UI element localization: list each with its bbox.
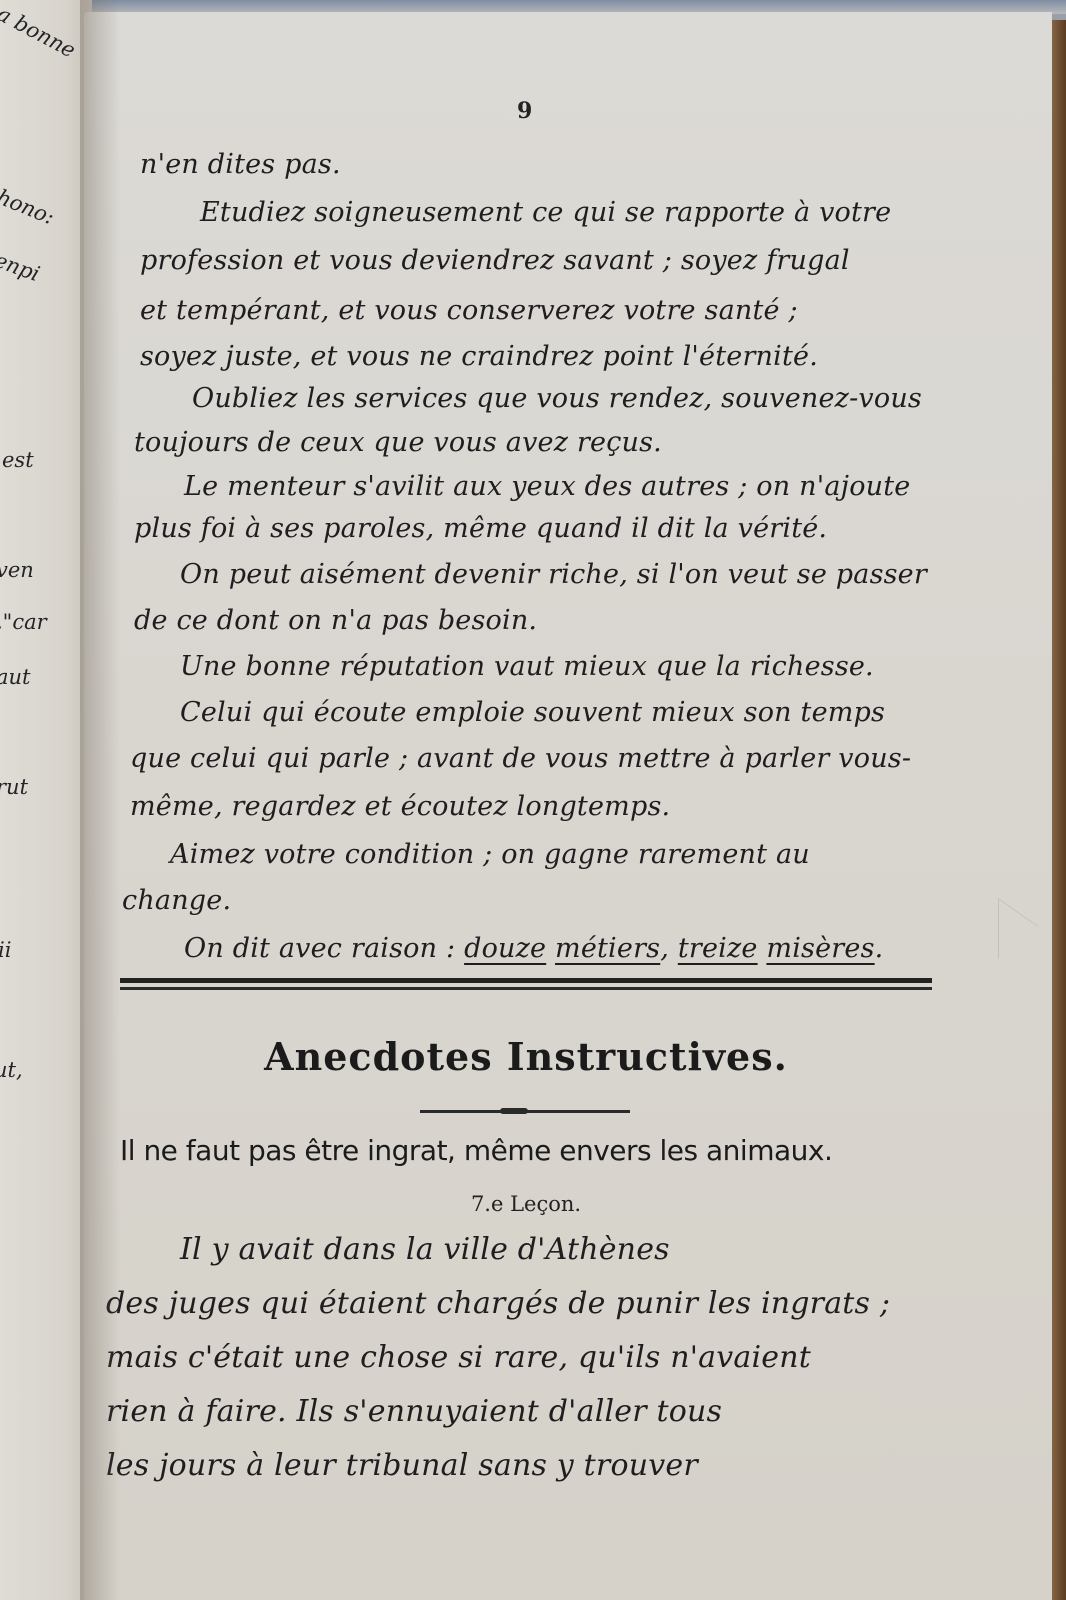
maxim-line: Le menteur s'avilit aux yeux des autres … (184, 470, 910, 504)
maxim-line: n'en dites pas. (140, 148, 341, 182)
proverb-line: On dit avec raison : douze métiers, trei… (184, 932, 883, 966)
maxim-line: Etudiez soigneusement ce qui se rapporte… (200, 196, 891, 230)
underlined-word: douze (464, 933, 546, 964)
maxim-line: profession et vous deviendrez savant ; s… (140, 244, 850, 278)
maxim-line: plus foi à ses paroles, même quand il di… (134, 512, 827, 546)
underlined-word: treize (678, 933, 758, 964)
margin-fragment: ut, (0, 1058, 23, 1082)
maxim-line: même, regardez et écoutez longtemps. (130, 790, 670, 824)
story-title: Il ne faut pas être ingrat, même envers … (120, 1134, 832, 1167)
maxim-line: soyez juste, et vous ne craindrez point … (140, 340, 818, 374)
section-title: Anecdotes Instructives. (84, 1034, 968, 1079)
book-gutter-shadow (80, 0, 120, 1600)
maxim-line: toujours de ceux que vous avez reçus. (134, 426, 662, 460)
maxim-line: de ce dont on n'a pas besoin. (134, 604, 537, 638)
maxim-line: que celui qui parle ; avant de vous mett… (130, 742, 911, 776)
lesson-label: 7.e Leçon. (84, 1192, 968, 1216)
margin-fragment: ven (0, 558, 34, 582)
maxim-line: On peut aisément devenir riche, si l'on … (180, 558, 927, 592)
underlined-word: métiers (555, 933, 660, 964)
margin-fragment: est (2, 448, 34, 472)
maxim-line: Une bonne réputation vaut mieux que la r… (180, 650, 874, 684)
margin-fragment: ,"car (0, 610, 47, 634)
maxim-line: Celui qui écoute emploie souvent mieux s… (180, 696, 885, 730)
page-number: 9 (517, 98, 532, 124)
margin-fragment: rut (0, 775, 28, 799)
proverb-end: . (875, 933, 884, 964)
story-line: les jours à leur tribunal sans y trouver (106, 1446, 698, 1486)
torn-paper-edge (998, 898, 1038, 986)
margin-fragment: aut (0, 665, 30, 689)
ornamental-rule (420, 1110, 630, 1113)
manuscript-page: 9 n'en dites pas. Etudiez soigneusement … (84, 12, 1052, 1600)
story-line: des juges qui étaient chargés de punir l… (106, 1284, 890, 1324)
margin-fragment: ii (0, 938, 11, 962)
underlined-word: misères (766, 933, 874, 964)
story-line: rien à faire. Ils s'ennuyaient d'aller t… (106, 1392, 722, 1432)
maxim-line: change. (122, 884, 231, 918)
maxim-line: Aimez votre condition ; on gagne raremen… (170, 838, 810, 872)
margin-fragment: a bonne (0, 2, 79, 63)
book-cover-edge (1050, 20, 1066, 1600)
margin-fragment: hono: (0, 185, 58, 230)
proverb-intro: On dit avec raison : (184, 933, 464, 964)
margin-fragment: enpi (0, 248, 43, 286)
story-line: Il y avait dans la ville d'Athènes (180, 1230, 670, 1270)
double-rule-divider (120, 978, 932, 992)
left-page-edge: a bonne hono: enpi est ven ,"car aut rut… (0, 0, 92, 1600)
maxim-line: Oubliez les services que vous rendez, so… (192, 382, 922, 416)
story-line: mais c'était une chose si rare, qu'ils n… (106, 1338, 811, 1378)
maxim-line: et tempérant, et vous conserverez votre … (140, 294, 798, 328)
proverb-separator: , (660, 933, 678, 964)
